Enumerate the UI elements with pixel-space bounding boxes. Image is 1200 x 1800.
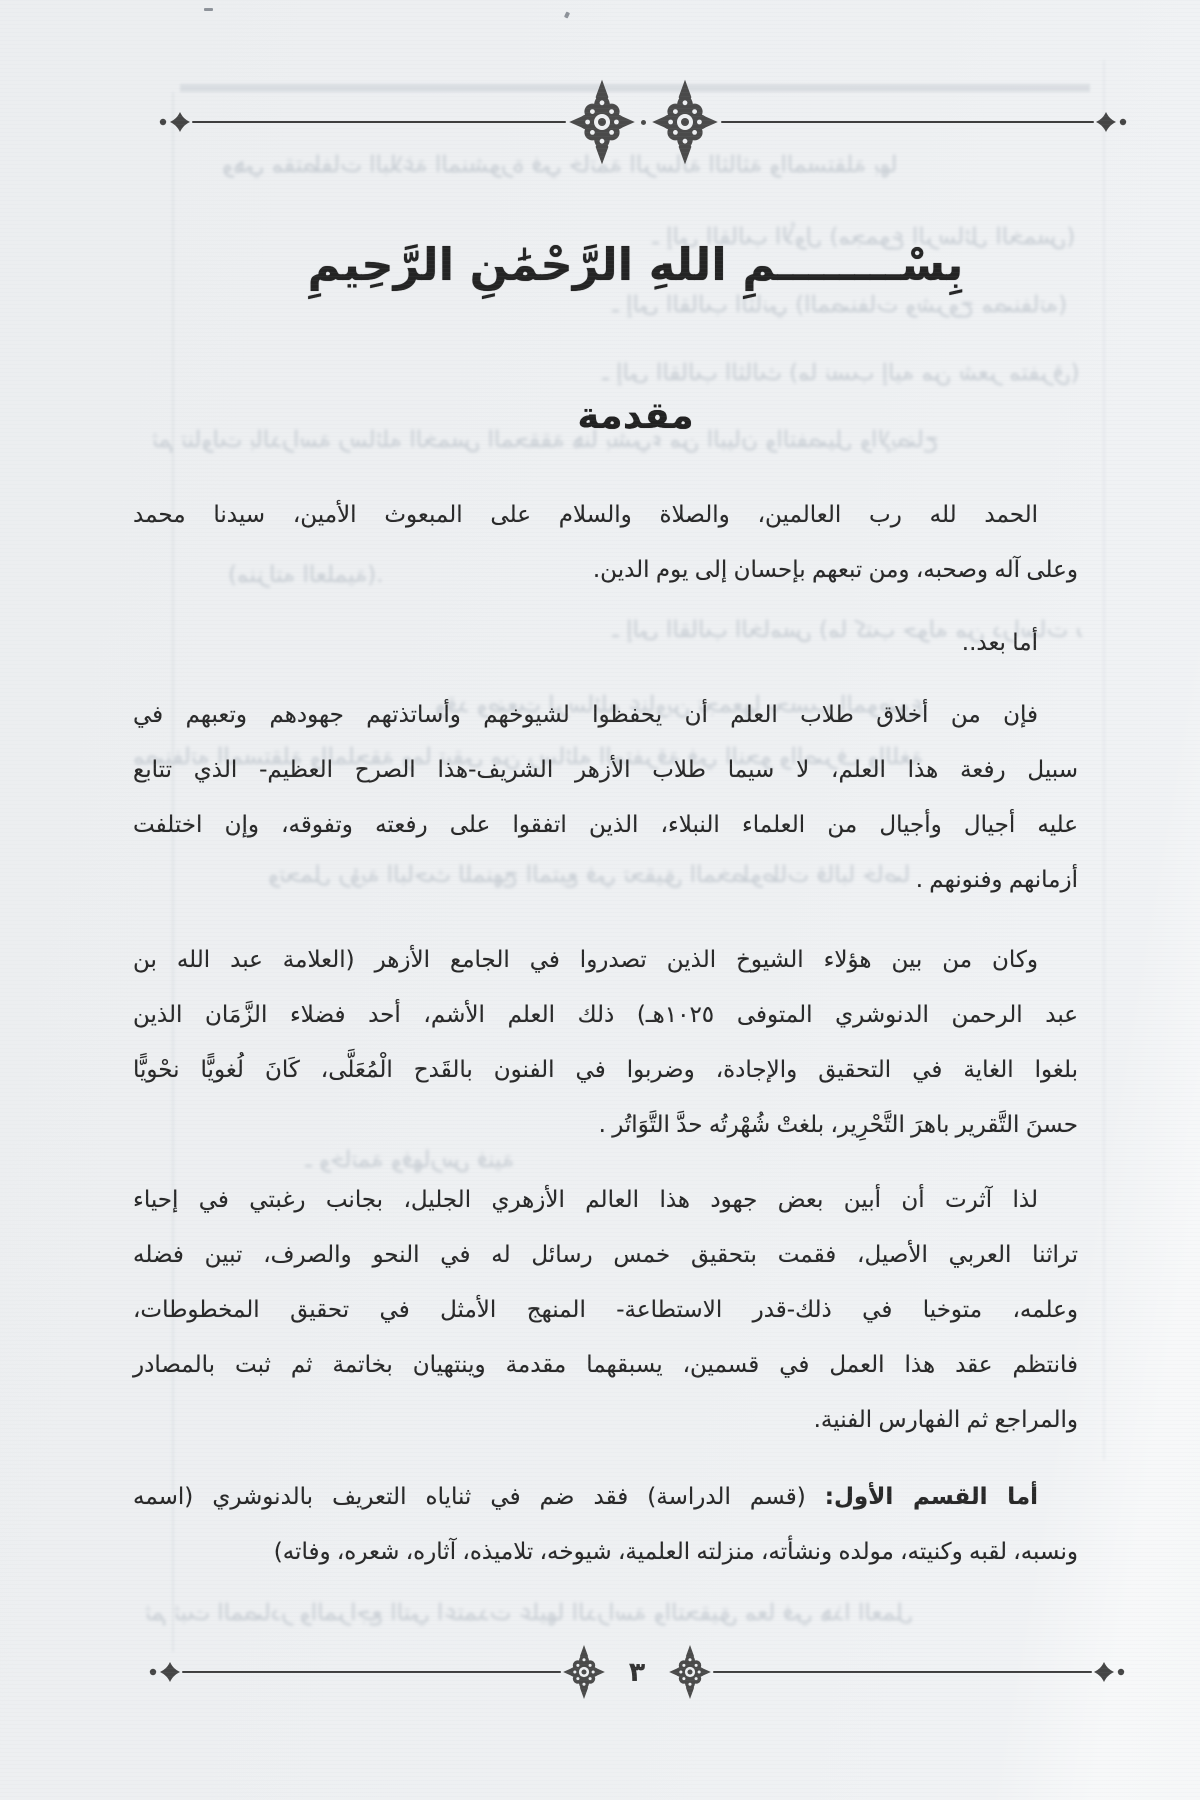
paragraph-line: لذا آثرت أن أبين بعض جهود هذا العالم الأ… [133,1173,1078,1228]
scan-speck [204,8,213,11]
header-rule-line [721,121,1095,123]
paragraph-line: أما بعد.. [133,616,1078,671]
paragraph-line: فانتظم عقد هذا العمل في قسمين، يسبقهما م… [133,1338,1078,1393]
paragraph: فإن من أخلاق طلاب العلم أن يحفظوا لشيوخه… [133,688,1078,908]
section-heading: مقدمة [163,394,1108,437]
paragraph-line: وكان من بين هؤلاء الشيوخ الذين تصدروا في… [133,933,1078,988]
paragraph-line: عليه أجيال وأجيال من العلماء النبلاء، ال… [133,798,1078,853]
page-number: ٣ [629,1659,645,1686]
header-end-diamond-icon [1094,111,1128,133]
paragraph-lead-rest: (قسم الدراسة) فقد ضم في ثناياه التعريف ب… [133,1484,825,1510]
paragraph-line: تراثنا العربي الأصيل، فقمت بتحقيق خمس رس… [133,1228,1078,1283]
footer-rule-line [182,1671,561,1673]
paragraph-line: وعلمه، متوخيا في ذلك-قدر الاستطاعة- المن… [133,1283,1078,1338]
paragraph-line: حسنَ التَّقرير باهرَ التَّحْرِير، بلغتْ … [133,1098,1078,1153]
bleedthrough-text: ـ إلى القالب الثالث (ما نسب إليه من شعر … [602,356,1082,390]
paragraph-lead-bold: أما القسم الأول: [825,1484,1038,1510]
scanned-book-page: وهي مقتطفات البلاغة المنشورة في خاتمة ال… [0,0,1200,1800]
footer-ornament-rule: ٣ [148,1641,1126,1703]
footer-end-diamond-icon [148,1661,182,1683]
paragraph-line: الحمد لله رب العالمين، والصلاة والسلام ع… [133,488,1078,543]
paragraph-line: سبيل رفعة هذا العلم، لا سيما طلاب الأزهر… [133,743,1078,798]
basmala-text: بِسْــــــــمِ اللهِ الرَّحْمَٰنِ الرَّح… [308,238,964,291]
footer-end-diamond-icon [1092,1661,1126,1683]
paragraph: الحمد لله رب العالمين، والصلاة والسلام ع… [133,488,1078,598]
paragraph-line: وعلى آله وصحبه، ومن تبعهم بإحسان إلى يوم… [133,543,1078,598]
paragraph-line: أما القسم الأول: (قسم الدراسة) فقد ضم في… [133,1470,1078,1525]
paragraph: أما القسم الأول: (قسم الدراسة) فقد ضم في… [133,1470,1078,1580]
paragraph: وكان من بين هؤلاء الشيوخ الذين تصدروا في… [133,933,1078,1153]
paragraph-line: بلغوا الغاية في التحقيق والإجادة، وضربوا… [133,1043,1078,1098]
basmala-calligraphy: بِسْــــــــمِ اللهِ الرَّحْمَٰنِ الرَّح… [163,212,1108,316]
paragraph-line: أزمانهم وفنونهم . [133,853,1078,908]
header-ornament-rule [158,86,1128,158]
paragraph-line: ونسبه، لقبه وكنيته، مولده ونشأته، منزلته… [133,1525,1078,1580]
header-rule-line [192,121,566,123]
header-end-diamond-icon [158,111,192,133]
paragraph-line: والمراجع ثم الفهارس الفنية. [133,1393,1078,1448]
ornament-dot [641,120,646,125]
floral-medallion-icon [667,1644,713,1700]
bleedthrough-text: ثم ثبت المصادر والمراجع التي اعتمدت عليه… [145,1596,1075,1630]
scan-speck [564,11,570,18]
paragraph-line: عبد الرحمن الدنوشري المتوفى ١٠٢٥هـ) ذلك … [133,988,1078,1043]
paragraph: أما بعد.. [133,616,1078,671]
floral-medallion-icon [561,1644,607,1700]
footer-rule-line [713,1671,1092,1673]
floral-medallion-icon [649,78,721,166]
paragraph-line: فإن من أخلاق طلاب العلم أن يحفظوا لشيوخه… [133,688,1078,743]
floral-medallion-icon [566,78,638,166]
paragraph: لذا آثرت أن أبين بعض جهود هذا العالم الأ… [133,1173,1078,1448]
